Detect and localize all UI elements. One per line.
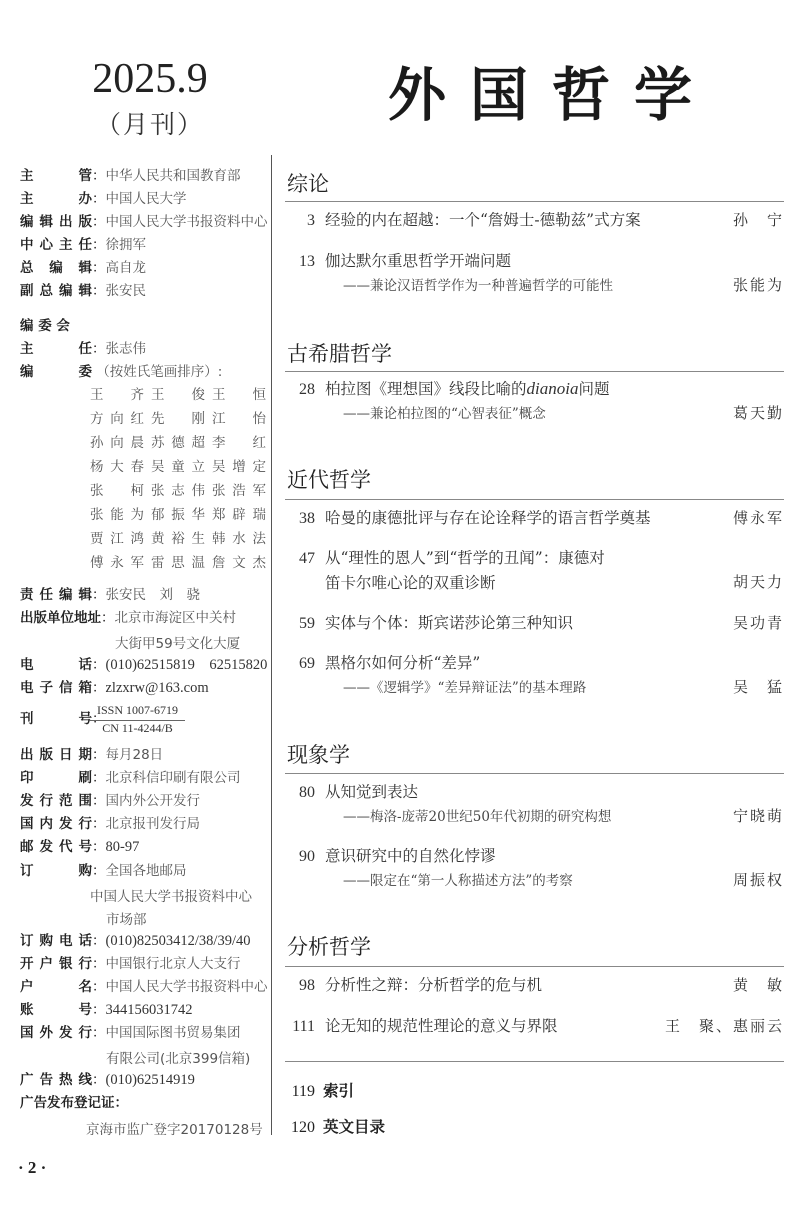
toc-entry[interactable]: 28柏拉图《理想国》线段比喻的dianoia问题 ——兼论柏拉图的“心智表征”概… (285, 377, 784, 426)
overseas-line-2: 有限公司(北京399信箱) (106, 1047, 250, 1067)
section-title: 分析哲学 (287, 931, 371, 961)
ad-registration-row: 广告发布登记证： (20, 1094, 128, 1112)
entry-page: 13 (285, 250, 315, 274)
order-line-3: 市场部 (106, 908, 147, 928)
entry-author: 宁晓萌 (733, 804, 784, 828)
pubdate-row: 出版日期：每月28日 (20, 746, 163, 764)
printer-row: 印 刷：北京科信印刷有限公司 (20, 769, 241, 787)
board-member-line: 杨大春吴童立吴增定 (90, 458, 273, 476)
entry-title: 黑格尔如何分析“差异” (325, 654, 480, 672)
entry-subtitle: ——兼论汉语哲学作为一种普遍哲学的可能性 (285, 274, 784, 298)
entry-subtitle: 笛卡尔唯心论的双重诊断 (285, 571, 784, 595)
entry-title: 从知觉到表达 (325, 783, 418, 801)
toc-entry[interactable]: 3经验的内在超越：一个“詹姆士-德勒兹”式方案 孙 宁 (285, 208, 784, 233)
entry-title: 柏拉图《理想国》线段比喻的dianoia问题 (325, 380, 609, 398)
toc-entry[interactable]: 59实体与个体：斯宾诺莎论第三种知识 吴功青 (285, 611, 784, 636)
board-chair-row: 主 任：张志伟 (20, 340, 146, 358)
entry-author: 周振权 (733, 868, 784, 892)
entry-page: 111 (285, 1015, 315, 1039)
toc-entry[interactable]: 38哈曼的康德批评与存在论诠释学的语言哲学奠基 傅永军 (285, 506, 784, 531)
toc-entry-index[interactable]: 119索引 (285, 1079, 354, 1101)
masthead-row-supervisor: 主 管：中华人民共和国教育部 (20, 167, 241, 185)
email-row: 电子信箱：zlzxrw@163.com (20, 679, 209, 697)
section-divider (285, 499, 784, 500)
ad-phone-row: 广告热线：(010)62514919 (20, 1071, 195, 1089)
entry-subtitle: ——《逻辑学》“差异辩证法”的基本理路 (285, 676, 784, 700)
entry-author: 胡天力 (733, 570, 784, 594)
board-member-line: 张能为郁振华郑辟瑞 (90, 506, 273, 524)
serial-numbers: ISSN 1007-6719 CN 11-4244/B (90, 703, 185, 736)
entry-author: 傅永军 (733, 506, 784, 530)
board-member-line: 贾江鸿黄裕生韩水法 (90, 530, 273, 548)
entry-author: 王 聚、惠丽云 (665, 1014, 784, 1038)
toc-entry[interactable]: 80从知觉到表达 ——梅洛-庞蒂20世纪50年代初期的研究构想 宁晓萌 (285, 780, 784, 829)
entry-title: 经验的内在超越：一个“詹姆士-德勒兹”式方案 (325, 211, 641, 229)
entry-title: 哈曼的康德批评与存在论诠释学的语言哲学奠基 (325, 509, 651, 527)
ad-registration-number: 京海市监广登字20170128号 (86, 1118, 263, 1138)
entry-title: 索引 (323, 1082, 354, 1100)
board-member-line: 傅永军雷思温詹文杰 (90, 554, 273, 572)
overseas-distribution-row: 国外发行：中国国际图书贸易集团 (20, 1024, 241, 1042)
entry-page: 120 (285, 1119, 315, 1137)
account-name-row: 户 名：中国人民大学书报资料中心 (20, 978, 268, 996)
section-title: 现象学 (287, 739, 350, 769)
entry-author: 吴功青 (733, 611, 784, 635)
entry-title: 英文目录 (323, 1118, 385, 1136)
entry-author: 葛天勤 (733, 401, 784, 425)
toc-entry[interactable]: 13伽达默尔重思哲学开端问题 ——兼论汉语哲学作为一种普遍哲学的可能性 张能为 (285, 249, 784, 298)
toc-entry[interactable]: 111论无知的规范性理论的意义与界限 王 聚、惠丽云 (285, 1014, 784, 1039)
section-divider (285, 371, 784, 372)
masthead-row-director: 中心主任：徐拥军 (20, 236, 146, 254)
section-divider (285, 201, 784, 202)
board-member-line: 方向红先 刚江 怡 (90, 410, 273, 428)
bank-row: 开户银行：中国银行北京人大支行 (20, 955, 241, 973)
entry-author: 孙 宁 (733, 208, 784, 232)
entry-page: 38 (285, 507, 315, 531)
section-divider (285, 966, 784, 967)
section-title: 近代哲学 (287, 464, 371, 494)
masthead-row-chief-editor: 总 编 辑：高自龙 (20, 259, 146, 277)
section-title: 综论 (287, 168, 329, 198)
editorial-board-heading: 编 委 会 (20, 317, 70, 335)
account-number-row: 账 号：344156031742 (20, 1001, 193, 1019)
entry-page: 80 (285, 781, 315, 805)
entry-author: 张能为 (733, 273, 784, 297)
toc-entry[interactable]: 47从“理性的恩人”到“哲学的丑闻”：康德对 笛卡尔唯心论的双重诊断 胡天力 (285, 546, 784, 595)
domestic-distribution-row: 国内发行：北京报刊发行局 (20, 815, 200, 833)
address-row: 出版单位地址：北京市海淀区中关村 (20, 609, 236, 627)
entry-page: 90 (285, 845, 315, 869)
phone-row: 电 话：(010)62515819 62515820 (20, 656, 267, 674)
address-line-2: 大街甲59号文化大厦 (115, 632, 240, 652)
board-member-line: 王 齐王 俊王 恒 (90, 386, 273, 404)
entry-title: 实体与个体：斯宾诺莎论第三种知识 (325, 614, 573, 632)
entry-author: 黄 敏 (733, 973, 784, 997)
entry-title: 从“理性的恩人”到“哲学的丑闻”：康德对 (325, 549, 605, 567)
entry-subtitle: ——梅洛-庞蒂20世纪50年代初期的研究构想 (285, 805, 784, 829)
issn-number: ISSN 1007-6719 (90, 703, 185, 721)
section-divider (285, 773, 784, 774)
column-divider (271, 155, 272, 1135)
board-member-line: 孙向晨苏德超李 红 (90, 434, 273, 452)
entry-author: 吴 猛 (733, 675, 784, 699)
entry-page: 3 (285, 209, 315, 233)
entry-page: 28 (285, 378, 315, 402)
entry-title: 意识研究中的自然化悖谬 (325, 847, 496, 865)
entry-page: 59 (285, 612, 315, 636)
masthead-row-deputy-editor: 副总编辑：张安民 (20, 282, 146, 300)
toc-entry[interactable]: 69黑格尔如何分析“差异” ——《逻辑学》“差异辩证法”的基本理路 吴 猛 (285, 651, 784, 700)
entry-title: 论无知的规范性理论的意义与界限 (325, 1017, 558, 1035)
order-line-2: 中国人民大学书报资料中心 (90, 885, 252, 905)
entry-page: 98 (285, 974, 315, 998)
postal-code-row: 邮发代号：80-97 (20, 838, 139, 856)
entry-page: 119 (285, 1083, 315, 1101)
page-number: · 2 · (18, 1158, 46, 1178)
section-title: 古希腊哲学 (287, 338, 392, 368)
entry-subtitle: ——限定在“第一人称描述方法”的考察 (285, 869, 784, 893)
toc-entry[interactable]: 90意识研究中的自然化悖谬 ——限定在“第一人称描述方法”的考察 周振权 (285, 844, 784, 893)
masthead-row-publisher: 编辑出版：中国人民大学书报资料中心 (20, 213, 268, 231)
entry-title: 分析性之辩：分析哲学的危与机 (325, 976, 542, 994)
journal-title: 外国哲学 (388, 48, 716, 132)
order-phone-row: 订购电话：(010)82503412/38/39/40 (20, 932, 251, 950)
board-member-line: 张 柯张志伟张浩军 (90, 482, 273, 500)
publication-frequency: （月刊） (60, 105, 240, 141)
board-members-row: 编 委 （按姓氏笔画排序）: (20, 363, 222, 381)
back-matter-divider (285, 1061, 784, 1062)
entry-page: 47 (285, 547, 315, 571)
entry-page: 69 (285, 652, 315, 676)
entry-title: 伽达默尔重思哲学开端问题 (325, 252, 511, 270)
distribution-scope-row: 发行范围：国内外公开发行 (20, 792, 200, 810)
toc-entry-english-contents[interactable]: 120英文目录 (285, 1115, 385, 1137)
masthead-row-sponsor: 主 办：中国人民大学 (20, 190, 187, 208)
cn-number: CN 11-4244/B (90, 721, 185, 736)
issue-number: 2025.9 (60, 55, 240, 103)
toc-entry[interactable]: 98分析性之辩：分析哲学的危与机 黄 敏 (285, 973, 784, 998)
responsible-editors-row: 责任编辑：张安民 刘 骁 (20, 586, 200, 604)
order-row: 订 购：全国各地邮局 (20, 862, 187, 880)
entry-subtitle: ——兼论柏拉图的“心智表征”概念 (285, 402, 784, 426)
